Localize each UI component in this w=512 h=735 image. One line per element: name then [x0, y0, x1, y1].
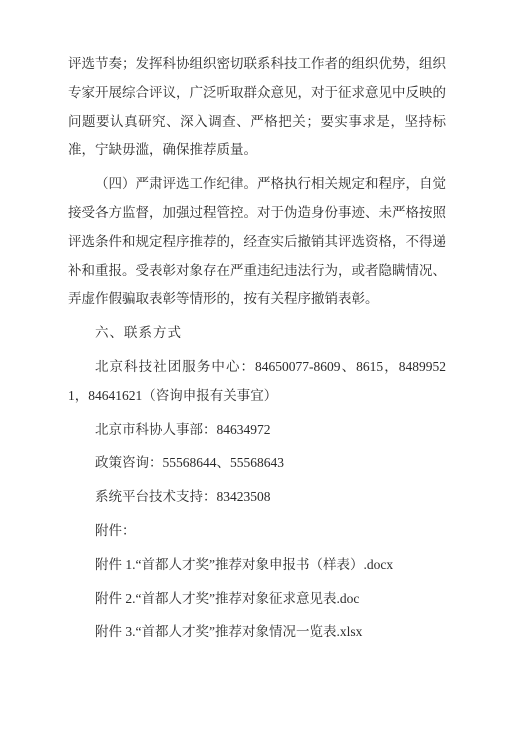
paragraph-discipline-rules: （四）严肃评选工作纪律。严格执行相关规定和程序，自觉接受各方监督，加强过程管控。…: [68, 170, 446, 314]
contact-line-tech-support: 系统平台技术支持：83423508: [68, 483, 446, 512]
paragraph-evaluation-process: 评选节奏；发挥科协组织密切联系科技工作者的组织优势，组织专家开展综合评议，广泛听…: [68, 50, 446, 165]
attachment-item-2: 附件 2.“首都人才奖”推荐对象征求意见表.doc: [68, 585, 446, 614]
contact-line-service-center: 北京科技社团服务中心：84650077-8609、8615，84899521，8…: [68, 353, 446, 411]
section-heading-contact: 六、联系方式: [68, 319, 446, 348]
contact-line-hr-department: 北京市科协人事部：84634972: [68, 416, 446, 445]
attachment-item-3: 附件 3.“首都人才奖”推荐对象情况一览表.xlsx: [68, 618, 446, 647]
attachment-item-1: 附件 1.“首都人才奖”推荐对象申报书（样表）.docx: [68, 551, 446, 580]
contact-line-policy-consulting: 政策咨询：55568644、55568643: [68, 449, 446, 478]
document-page: 评选节奏；发挥科协组织密切联系科技工作者的组织优势，组织专家开展综合评议，广泛听…: [0, 0, 512, 735]
attachments-label: 附件：: [68, 517, 446, 546]
